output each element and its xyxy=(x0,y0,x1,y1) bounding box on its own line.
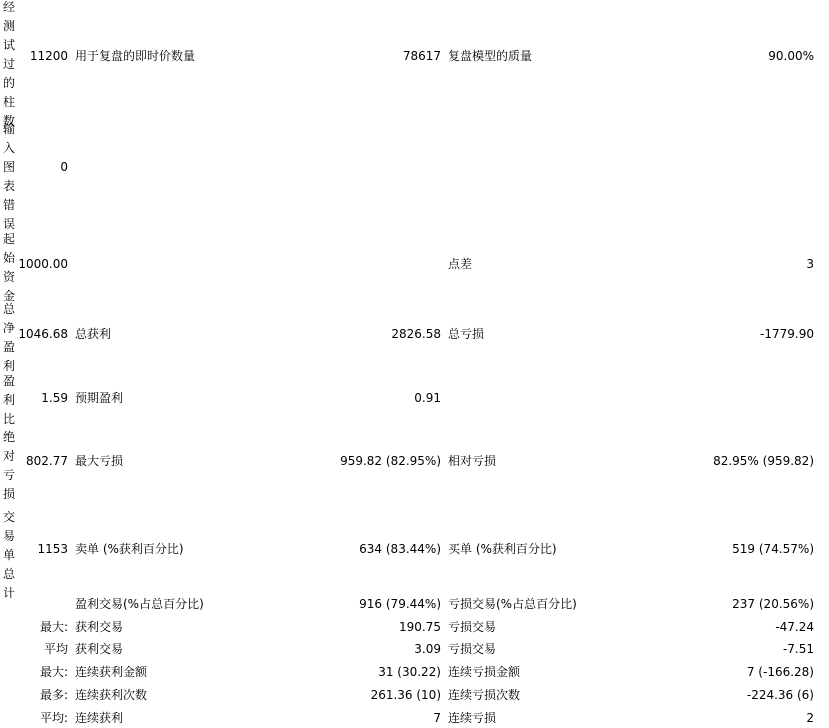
value-max-consecutive-losses-count: -224.36 (6) xyxy=(747,687,814,703)
report-row-chart-errors: 输入图表错误 0 xyxy=(0,120,829,220)
row-prefix: 最大: xyxy=(40,619,68,635)
label-profit-trades: 盈利交易(%占总百分比) xyxy=(75,596,204,612)
report-row-average-consecutive: 平均: 连续获利 7 连续亏损 2 xyxy=(0,710,829,728)
value-max-consecutive-wins-amount: 31 (30.22) xyxy=(378,664,441,680)
report-row-bars-tested: 经测试过的柱数 11200 用于复盘的即时价数量 78617 复盘模型的质量 9… xyxy=(0,0,829,116)
label-maximal-drawdown: 最大亏损 xyxy=(75,453,123,469)
value-bars-tested: 11200 xyxy=(30,48,68,64)
label-gross-profit: 总获利 xyxy=(75,326,111,342)
report-row-largest-trade: 最大: 获利交易 190.75 亏损交易 -47.24 xyxy=(0,619,829,641)
report-row-max-consecutive-amount: 最大: 连续获利金额 31 (30.22) 连续亏损金额 7 (-166.28) xyxy=(0,664,829,686)
row-prefix: 最多: xyxy=(40,687,68,703)
value-total-net-profit: 1046.68 xyxy=(18,326,68,342)
label-average-loss-trade: 亏损交易 xyxy=(448,641,496,657)
value-ticks-modelled: 78617 xyxy=(403,48,441,64)
row-prefix: 平均 xyxy=(44,641,68,657)
vertical-label: 总净盈利 xyxy=(2,300,16,376)
value-relative-drawdown: 82.95% (959.82) xyxy=(713,453,814,469)
value-initial-deposit: 1000.00 xyxy=(18,256,68,272)
report-row-initial-deposit: 起始资金 1000.00 点差 3 xyxy=(0,230,829,300)
value-chart-errors: 0 xyxy=(60,159,68,175)
vertical-label: 起始资金 xyxy=(2,230,16,306)
report-row-total-trades: 交易单总计 1153 卖单 (%获利百分比) 634 (83.44%) 买单 (… xyxy=(0,508,829,596)
label-max-consecutive-losses-count: 连续亏损次数 xyxy=(448,687,520,703)
value-long-positions: 519 (74.57%) xyxy=(732,541,814,557)
vertical-label: 输入图表错误 xyxy=(2,120,16,234)
vertical-label: 交易单总计 xyxy=(2,508,16,603)
value-maximal-drawdown: 959.82 (82.95%) xyxy=(340,453,441,469)
value-spread: 3 xyxy=(806,256,814,272)
value-average-consecutive-losses: 2 xyxy=(806,710,814,726)
label-expected-payoff: 预期盈利 xyxy=(75,390,123,406)
label-largest-loss-trade: 亏损交易 xyxy=(448,619,496,635)
vertical-label: 经测试过的柱数 xyxy=(2,0,16,131)
label-ticks-modelled: 用于复盘的即时价数量 xyxy=(75,48,195,64)
value-modelling-quality: 90.00% xyxy=(768,48,814,64)
value-profit-factor: 1.59 xyxy=(41,390,68,406)
row-prefix: 平均: xyxy=(40,710,68,726)
report-row-total-net-profit: 总净盈利 1046.68 总获利 2826.58 总亏损 -1779.90 xyxy=(0,300,829,370)
value-max-consecutive-wins-count: 261.36 (10) xyxy=(371,687,441,703)
value-gross-profit: 2826.58 xyxy=(391,326,441,342)
value-profit-trades: 916 (79.44%) xyxy=(359,596,441,612)
report-row-absolute-drawdown: 绝对亏损 802.77 最大亏损 959.82 (82.95%) 相对亏损 82… xyxy=(0,428,829,500)
label-long-positions: 买单 (%获利百分比) xyxy=(448,541,557,557)
value-largest-profit-trade: 190.75 xyxy=(399,619,441,635)
value-gross-loss: -1779.90 xyxy=(760,326,814,342)
value-short-positions: 634 (83.44%) xyxy=(359,541,441,557)
report-row-average-trade: 平均 获利交易 3.09 亏损交易 -7.51 xyxy=(0,641,829,663)
value-expected-payoff: 0.91 xyxy=(414,390,441,406)
value-average-consecutive-wins: 7 xyxy=(433,710,441,726)
report-row-profit-factor: 盈利比 1.59 预期盈利 0.91 xyxy=(0,372,829,428)
value-total-trades: 1153 xyxy=(37,541,68,557)
value-loss-trades: 237 (20.56%) xyxy=(732,596,814,612)
label-relative-drawdown: 相对亏损 xyxy=(448,453,496,469)
label-average-consecutive-losses: 连续亏损 xyxy=(448,710,496,726)
row-prefix: 最大: xyxy=(40,664,68,680)
value-average-loss-trade: -7.51 xyxy=(783,641,814,657)
value-max-consecutive-losses-amount: 7 (-166.28) xyxy=(747,664,814,680)
label-largest-profit-trade: 获利交易 xyxy=(75,619,123,635)
label-gross-loss: 总亏损 xyxy=(448,326,484,342)
label-average-consecutive-wins: 连续获利 xyxy=(75,710,123,726)
vertical-label: 盈利比 xyxy=(2,372,16,429)
vertical-label: 绝对亏损 xyxy=(2,428,16,504)
value-largest-loss-trade: -47.24 xyxy=(775,619,814,635)
label-max-consecutive-wins-count: 连续获利次数 xyxy=(75,687,147,703)
label-short-positions: 卖单 (%获利百分比) xyxy=(75,541,184,557)
label-loss-trades: 亏损交易(%占总百分比) xyxy=(448,596,577,612)
label-spread: 点差 xyxy=(448,256,472,272)
label-modelling-quality: 复盘模型的质量 xyxy=(448,48,532,64)
label-max-consecutive-losses-amount: 连续亏损金额 xyxy=(448,664,520,680)
value-average-profit-trade: 3.09 xyxy=(414,641,441,657)
label-max-consecutive-wins-amount: 连续获利金额 xyxy=(75,664,147,680)
value-absolute-drawdown: 802.77 xyxy=(26,453,68,469)
report-row-max-consecutive-count: 最多: 连续获利次数 261.36 (10) 连续亏损次数 -224.36 (6… xyxy=(0,687,829,709)
label-average-profit-trade: 获利交易 xyxy=(75,641,123,657)
report-row-profit-trades: 盈利交易(%占总百分比) 916 (79.44%) 亏损交易(%占总百分比) 2… xyxy=(0,596,829,618)
